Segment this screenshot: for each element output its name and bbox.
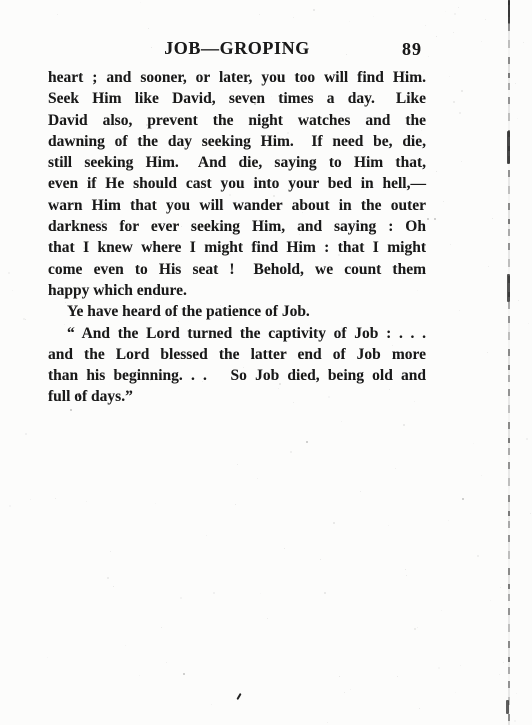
speck [30, 499, 31, 500]
scan-gutter-line [508, 0, 510, 725]
speck [388, 525, 389, 526]
speck [460, 665, 461, 666]
speck [237, 464, 238, 465]
speck [492, 218, 493, 219]
scan-gutter-mark [507, 131, 510, 164]
speck [526, 438, 528, 440]
speck [330, 117, 332, 119]
speck [287, 132, 289, 134]
speck [254, 103, 256, 105]
ink-tick-mark [236, 693, 241, 700]
speck [425, 25, 426, 26]
speck [271, 96, 272, 97]
speck [150, 380, 151, 381]
text-line: and the Lord blessed the latter end of J… [48, 344, 426, 365]
speck [55, 498, 56, 499]
text-line: happy which endure. [48, 280, 426, 301]
text-line: come even to His seat ! Behold, we count… [48, 259, 426, 280]
speck [284, 548, 285, 549]
speck [487, 352, 488, 353]
speck [64, 324, 65, 325]
speck [330, 113, 331, 114]
speck [341, 327, 343, 329]
speck [313, 9, 315, 11]
book-page-scan: JOB—GROPING 89 heart ; and sooner, or la… [0, 0, 532, 725]
speck [406, 575, 407, 576]
speck [405, 569, 406, 570]
speck [523, 42, 524, 43]
speck [473, 443, 474, 444]
speck [341, 421, 342, 422]
speck [360, 491, 361, 492]
speck [517, 118, 518, 119]
body-text: heart ; and sooner, or later, you too wi… [48, 67, 426, 408]
running-header-title: JOB—GROPING [48, 39, 426, 57]
speck [148, 28, 149, 29]
speck [344, 692, 345, 693]
speck [206, 535, 207, 536]
speck [183, 673, 185, 675]
speck [373, 16, 374, 17]
speck [516, 693, 517, 694]
speck [477, 555, 479, 557]
speck [320, 559, 321, 560]
speck [202, 381, 203, 382]
speck [339, 676, 340, 677]
speck [257, 478, 258, 479]
speck [419, 708, 420, 709]
text-line: heart ; and sooner, or later, you too wi… [48, 67, 426, 88]
speck [490, 600, 491, 601]
speck [503, 662, 504, 663]
speck [221, 225, 223, 227]
speck [448, 520, 449, 521]
speck [515, 83, 516, 84]
speck [443, 201, 444, 202]
speck [485, 19, 486, 20]
speck [528, 323, 529, 324]
speck [86, 501, 87, 502]
speck [488, 266, 489, 267]
speck [350, 138, 351, 139]
speck [293, 17, 294, 18]
speck [349, 21, 350, 22]
scan-gutter-mark [506, 700, 509, 714]
speck [436, 36, 437, 37]
speck [434, 218, 436, 220]
text-line: Seek Him like David, seven times a day. … [48, 88, 426, 109]
speck [161, 627, 162, 628]
speck [461, 90, 463, 92]
speck [449, 76, 450, 77]
text-line: “ And the Lord turned the captivity of J… [48, 323, 426, 344]
speck [500, 587, 501, 588]
text-line: dawning of the day seeking Him. If need … [48, 131, 426, 152]
speck [328, 396, 330, 398]
scan-gutter-mark [507, 274, 510, 302]
speck [499, 674, 500, 675]
speck [514, 720, 516, 722]
speck [101, 221, 103, 223]
speck [530, 513, 531, 514]
page-number: 89 [402, 40, 422, 58]
speck [438, 667, 440, 669]
speck [324, 592, 326, 594]
speck [455, 692, 456, 693]
speck [193, 274, 194, 275]
speck [83, 247, 85, 249]
speck [458, 7, 459, 8]
speck [428, 56, 429, 57]
text-line: that I knew where I might find Him : tha… [48, 237, 426, 258]
speck [350, 689, 351, 690]
speck [453, 101, 455, 103]
speck [397, 676, 398, 677]
speck [184, 315, 185, 316]
speck [436, 171, 437, 172]
speck [213, 592, 215, 594]
speck [8, 272, 10, 274]
speck [235, 504, 236, 505]
speck [481, 41, 482, 42]
speck [25, 433, 27, 435]
speck [403, 424, 405, 426]
speck [25, 319, 26, 320]
speck [190, 123, 192, 125]
text-line: Ye have heard of the patience of Job. [48, 301, 426, 322]
speck [166, 662, 167, 663]
speck [260, 593, 261, 594]
speck [454, 13, 456, 15]
speck [372, 336, 373, 337]
speck [395, 468, 396, 469]
speck [459, 112, 461, 114]
speck [12, 290, 13, 291]
speck [273, 195, 275, 197]
speck [405, 123, 406, 124]
speck [47, 657, 48, 658]
speck [9, 505, 11, 507]
speck [306, 441, 308, 443]
speck [302, 212, 303, 213]
text-line: full of days.” [48, 386, 426, 407]
speck [154, 297, 155, 298]
text-line: still seeking Him. And die, saying to Hi… [48, 152, 426, 173]
text-line: than his beginning. . . So Job died, bei… [48, 365, 426, 386]
speck [110, 551, 111, 552]
speck [139, 675, 140, 676]
speck [414, 628, 416, 630]
speck [462, 498, 464, 500]
text-line: darkness for ever seeking Him, and sayin… [48, 216, 426, 237]
speck [290, 451, 292, 453]
text-line: David also, prevent the night watches an… [48, 110, 426, 131]
speck [481, 475, 482, 476]
speck [113, 586, 114, 587]
speck [146, 124, 148, 126]
speck [57, 14, 58, 15]
speck [518, 300, 519, 301]
speck [180, 597, 182, 599]
speck [259, 14, 260, 15]
speck [211, 704, 212, 705]
speck [65, 302, 66, 303]
speck [267, 618, 268, 619]
speck [333, 522, 335, 524]
speck [155, 503, 156, 504]
speck [140, 2, 141, 3]
speck [461, 161, 462, 162]
speck [445, 11, 446, 12]
speck [417, 627, 418, 628]
speck [453, 32, 454, 33]
speck [417, 290, 418, 291]
text-line: warn Him that you will wander about in t… [48, 195, 426, 216]
speck [299, 234, 300, 235]
speck [427, 218, 429, 220]
speck [459, 310, 460, 311]
speck [125, 645, 126, 646]
speck [441, 610, 442, 611]
speck [509, 524, 510, 525]
speck [70, 409, 72, 411]
speck [327, 722, 328, 723]
speck [450, 244, 451, 245]
text-line: even if He should cast you into your bed… [48, 173, 426, 194]
scan-gutter-mark [508, 0, 510, 24]
speck [107, 577, 109, 579]
